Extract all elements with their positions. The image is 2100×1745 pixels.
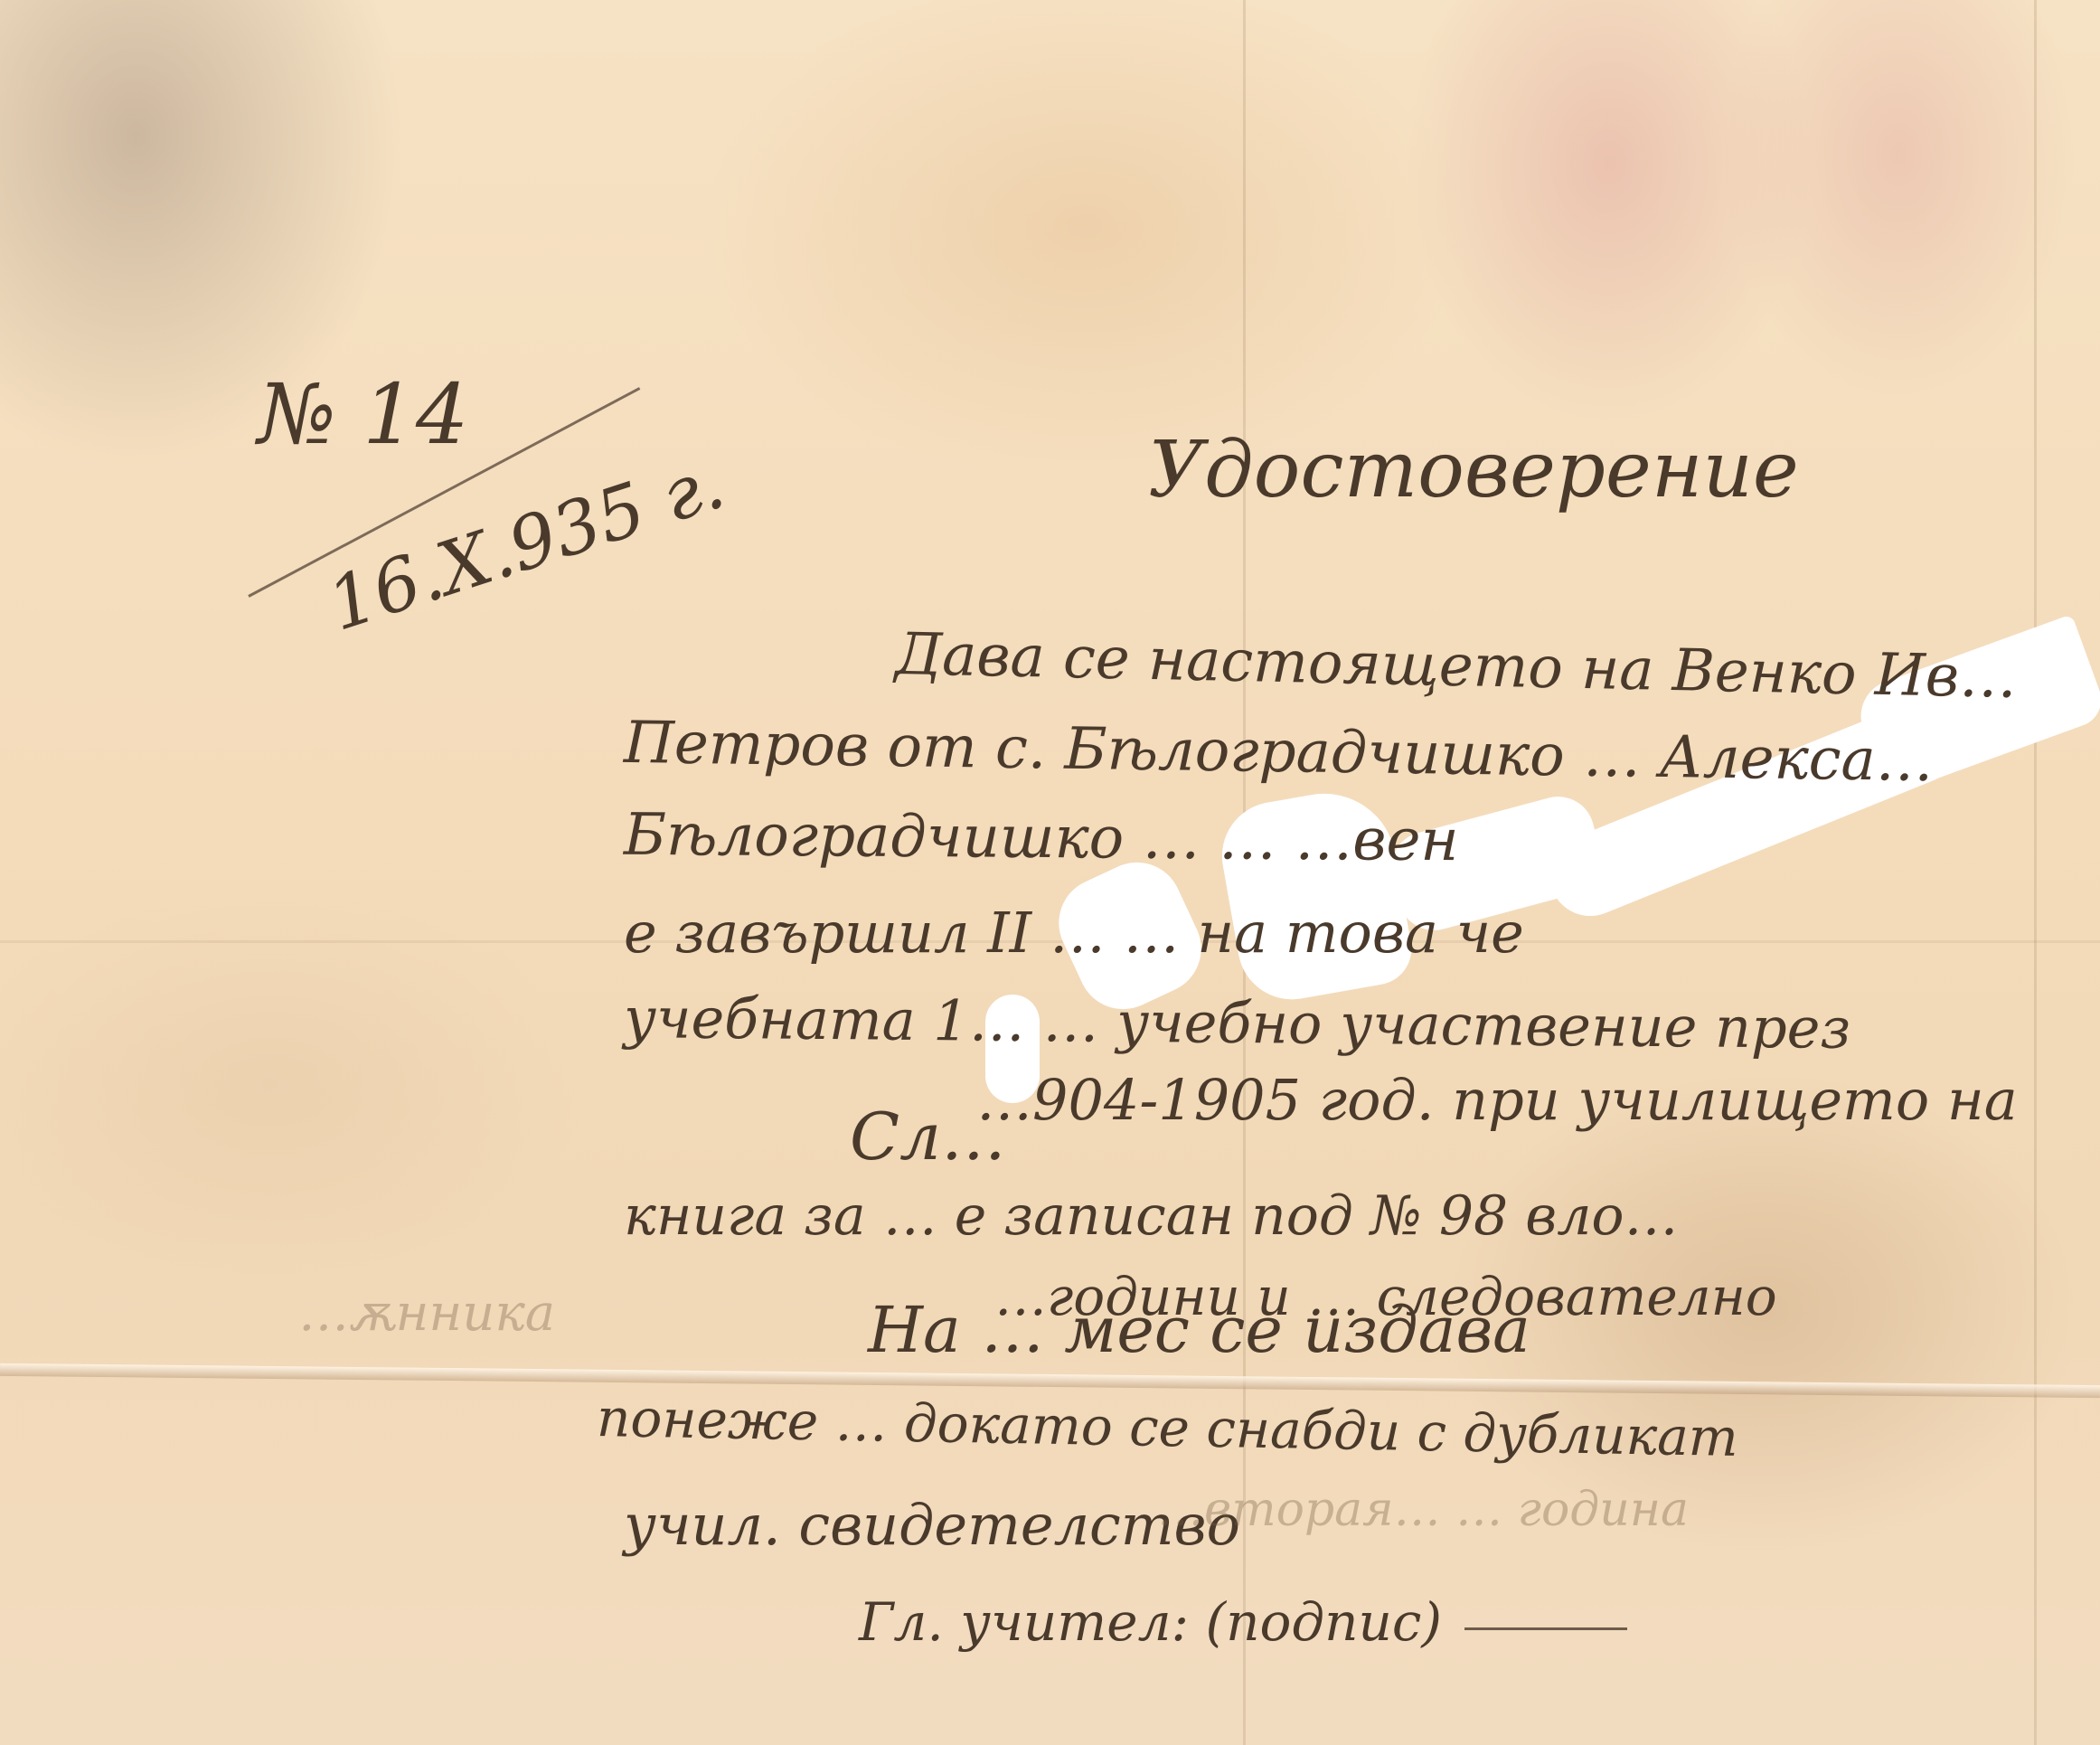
document-title: Удостоверение	[1148, 425, 1799, 515]
signature-underline	[1464, 1627, 1627, 1630]
body-line-9: На … мес се издава	[868, 1293, 1530, 1367]
body-line-5: учебната 1… … учебно участвение през	[624, 985, 1851, 1061]
aged-paper-background	[0, 0, 2100, 1745]
paragraph-start-2: Сл…	[850, 1099, 1006, 1174]
right-edge-crease	[2034, 0, 2037, 1745]
reference-number: № 14	[258, 366, 468, 463]
body-line-7: книга за … е записан под № 98 вло…	[624, 1184, 1679, 1248]
body-line-4: е завършил II … … на това че	[624, 900, 1524, 966]
body-line-11: учил. свидетелство	[624, 1492, 1240, 1558]
body-line-6: …904-1905 год. при училището на	[976, 1067, 2018, 1133]
signature: Гл. учител: (подпис)	[859, 1591, 1442, 1653]
body-line-3: Бѣлоградчишко … … …вен	[624, 802, 1459, 874]
bleedthrough-text-2: …вторая… … година	[1157, 1483, 1689, 1537]
bleedthrough-text-1: …ѫнника	[298, 1284, 555, 1343]
